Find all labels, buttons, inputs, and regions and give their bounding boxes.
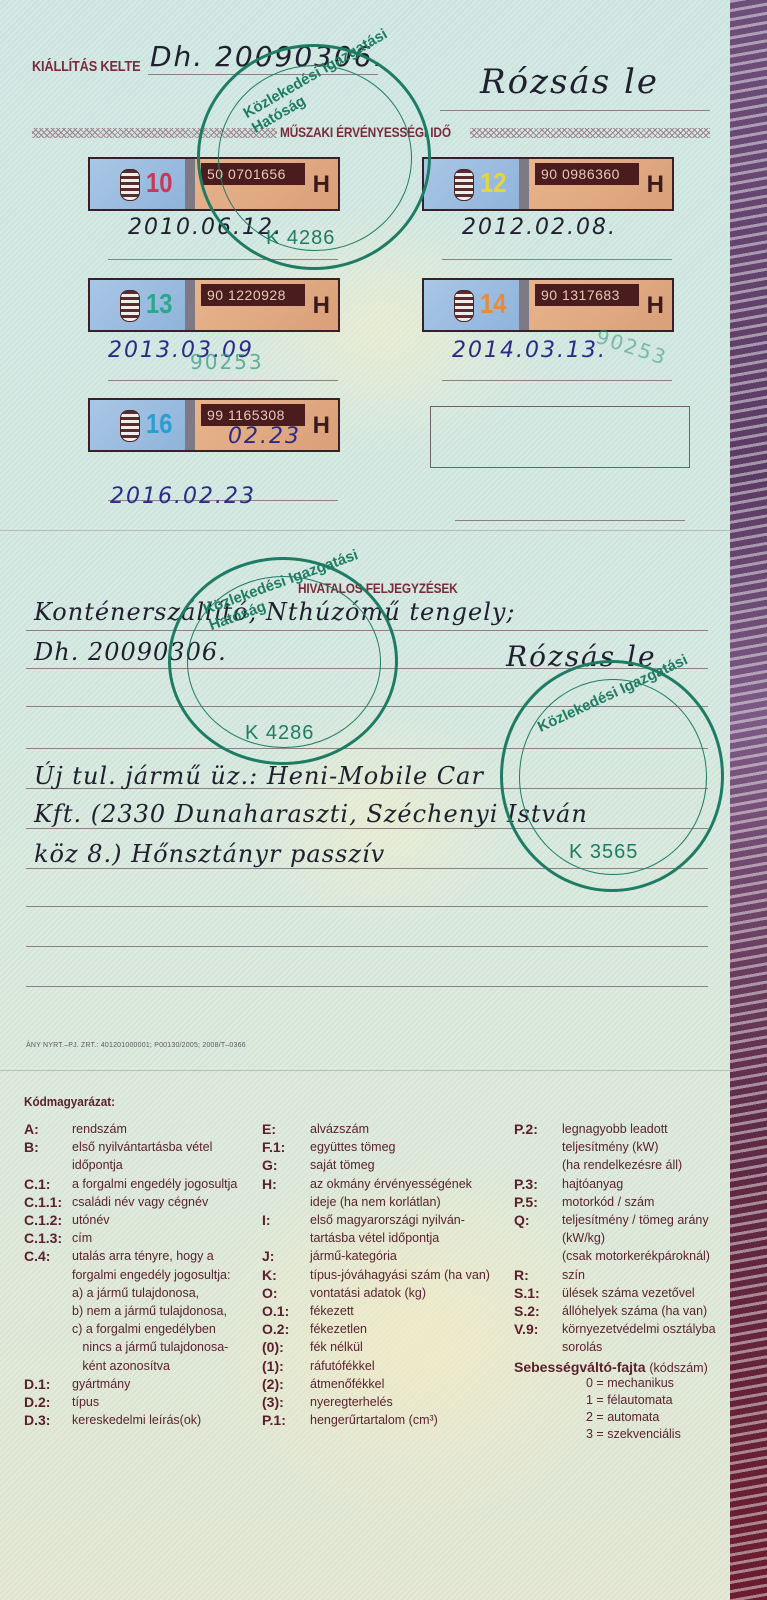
legend-code: P.5:: [514, 1193, 562, 1211]
page-fold-2: [0, 1070, 730, 1071]
legend-row: (ha rendelkezésre áll): [514, 1156, 729, 1174]
empty-sticker-slot: [430, 406, 690, 468]
legend-code: I:: [262, 1211, 310, 1229]
legend-row: teljesítmény (kW): [514, 1138, 729, 1156]
handwritten-validity-date: 2014.03.13.: [452, 338, 607, 363]
legend-row: O: vontatási adatok (kg): [262, 1284, 512, 1302]
issue-date-label: KIÁLLÍTÁS KELTE: [32, 58, 140, 75]
date-line: [108, 380, 338, 381]
legend-code: D.2:: [24, 1393, 72, 1411]
faint-stamp-number: 90253: [190, 350, 264, 374]
legend-code: C.1.2:: [24, 1211, 72, 1229]
legend-description: ráfutófékkel: [310, 1357, 375, 1375]
legend-code: H:: [262, 1175, 310, 1193]
legend-description: együttes tömeg: [310, 1138, 395, 1156]
legend-description: ülések száma vezetővel: [562, 1284, 695, 1302]
sticker-year: 10: [146, 167, 172, 199]
legend-description: cím: [72, 1229, 92, 1247]
handwritten-validity-date: 2016.02.23: [110, 484, 256, 509]
legend-description: c) a forgalmi engedélyben: [72, 1320, 216, 1338]
legend-description: legnagyobb leadott: [562, 1120, 668, 1138]
legend-description: vontatási adatok (kg): [310, 1284, 426, 1302]
legend-description: a forgalmi engedély jogosultja: [72, 1175, 237, 1193]
legend-row: D.3: kereskedelmi leírás(ok): [24, 1411, 264, 1429]
legend-description: teljesítmény / tömeg arány: [562, 1211, 709, 1229]
legend-row: K: típus-jóváhagyási szám (ha van): [262, 1266, 512, 1284]
legend-row: (csak motorkerékpároknál): [514, 1247, 729, 1265]
decorative-hatch-right: [470, 128, 710, 138]
legend-code: O.2:: [262, 1320, 310, 1338]
legend-code: [24, 1357, 72, 1375]
legend-description: gyártmány: [72, 1375, 130, 1393]
legend-code: [262, 1229, 310, 1247]
legend-code: E:: [262, 1120, 310, 1138]
legend-code: [24, 1284, 72, 1302]
legend-code: C.1:: [24, 1175, 72, 1193]
legend-description: tartásba vétel időpontja: [310, 1229, 439, 1247]
legend-code: B:: [24, 1138, 72, 1156]
sticker-serial: 90 1317683: [535, 284, 639, 306]
legend-description: b) nem a jármű tulajdonosa,: [72, 1302, 227, 1320]
date-line: [442, 380, 672, 381]
legend-code: C.4:: [24, 1247, 72, 1265]
legend-row: időpontja: [24, 1156, 264, 1174]
legend-code: P.3:: [514, 1175, 562, 1193]
legend-row: b) nem a jármű tulajdonosa,: [24, 1302, 264, 1320]
sticker-mark: H: [313, 292, 330, 320]
gearbox-code: 0 = mechanikus: [514, 1375, 729, 1392]
gearbox-code: 2 = automata: [514, 1409, 729, 1426]
legend-description: ként azonosítva: [72, 1357, 170, 1375]
legend-code: [24, 1320, 72, 1338]
legend-row: C.1.1: családi név vagy cégnév: [24, 1193, 264, 1211]
legend-code: [514, 1229, 562, 1247]
signature-top: Rózsás le: [480, 62, 659, 102]
legend-description: (kW/kg): [562, 1229, 605, 1247]
legend-row: (3): nyeregterhelés: [262, 1393, 512, 1411]
gearbox-code: 3 = szekvenciális: [514, 1426, 729, 1443]
legend-row: S.2: állóhelyek száma (ha van): [514, 1302, 729, 1320]
legend-row: C.1.2: utónév: [24, 1211, 264, 1229]
legend-row: P.1: hengerűrtartalom (cm³): [262, 1411, 512, 1429]
legend-row: C.1: a forgalmi engedély jogosultja: [24, 1175, 264, 1193]
legend-description: nincs a jármű tulajdonosa-: [72, 1338, 228, 1356]
legend-row: Q: teljesítmény / tömeg arány: [514, 1211, 729, 1229]
legend-row: D.2: típus: [24, 1393, 264, 1411]
legend-title: Kódmagyarázat:: [24, 1094, 115, 1109]
legend-row: V.9: környezetvédelmi osztályba: [514, 1320, 729, 1338]
handwritten-note-line: Új tul. jármű üz.: Heni-Mobile Car: [34, 762, 484, 790]
sticker-year: 14: [480, 288, 506, 320]
legend-code: [262, 1193, 310, 1211]
handwritten-overwrite: 02.23: [228, 424, 301, 449]
hungarian-crest-icon: [120, 410, 140, 442]
empty-date-line: [455, 520, 685, 521]
sticker-mark: H: [313, 412, 330, 440]
printer-imprint: ÁNY NYRT.–PJ. ZRT.: 401201000001; P00130…: [26, 1042, 246, 1049]
notes-ruled-line: [26, 986, 708, 987]
legend-description: jármű-kategória: [310, 1247, 397, 1265]
legend-row: E: alvázszám: [262, 1120, 512, 1138]
notes-ruled-line: [26, 906, 708, 907]
legend-description: állóhelyek száma (ha van): [562, 1302, 707, 1320]
sticker-mark: H: [647, 171, 664, 199]
legend-description: nyeregterhelés: [310, 1393, 393, 1411]
gearbox-title: Sebességváltó-fajta (kódszám): [514, 1359, 729, 1375]
legend-row: G: saját tömeg: [262, 1156, 512, 1174]
sticker-serial: 99 1165308: [201, 404, 305, 426]
legend-description: (csak motorkerékpároknál): [562, 1247, 710, 1265]
legend-code: D.1:: [24, 1375, 72, 1393]
official-stamp-middle: Közlekedési Igazgatási Hatóság K 4286: [168, 557, 398, 765]
legend-description: első magyarországi nyilván-: [310, 1211, 465, 1229]
legend-code: P.2:: [514, 1120, 562, 1138]
legend-row: O.2: fékezetlen: [262, 1320, 512, 1338]
legend-code: O.1:: [262, 1302, 310, 1320]
legend-code: (3):: [262, 1393, 310, 1411]
legend-description: környezetvédelmi osztályba: [562, 1320, 716, 1338]
legend-description: teljesítmény (kW): [562, 1138, 659, 1156]
sticker-mark: H: [647, 292, 664, 320]
legend-code: C.1.3:: [24, 1229, 72, 1247]
legend-column-3: P.2: legnagyobb leadott teljesítmény (kW…: [514, 1120, 729, 1443]
legend-row: sorolás: [514, 1338, 729, 1356]
legend-row: (2): átmenőfékkel: [262, 1375, 512, 1393]
inspection-sticker-16: 16 99 1165308 H: [88, 398, 340, 452]
legend-description: sorolás: [562, 1338, 602, 1356]
official-stamp-right: Közlekedési Igazgatási K 3565: [500, 660, 724, 892]
legend-row: I: első magyarországi nyilván-: [262, 1211, 512, 1229]
legend-description: az okmány érvényességének: [310, 1175, 472, 1193]
legend-code: G:: [262, 1156, 310, 1174]
legend-row: D.1: gyártmány: [24, 1375, 264, 1393]
legend-code: [24, 1266, 72, 1284]
legend-row: C.4: utalás arra tényre, hogy a: [24, 1247, 264, 1265]
legend-description: családi név vagy cégnév: [72, 1193, 208, 1211]
legend-code: S.1:: [514, 1284, 562, 1302]
legend-description: (ha rendelkezésre áll): [562, 1156, 682, 1174]
legend-row: J: jármű-kategória: [262, 1247, 512, 1265]
legend-row: ideje (ha nem korlátlan): [262, 1193, 512, 1211]
inspection-sticker-12: 12 90 0986360 H: [422, 157, 674, 211]
legend-code: R:: [514, 1266, 562, 1284]
legend-description: kereskedelmi leírás(ok): [72, 1411, 201, 1429]
signature-line: [440, 110, 710, 111]
hungarian-crest-icon: [454, 169, 474, 201]
legend-description: fék nélkül: [310, 1338, 363, 1356]
legend-code: Q:: [514, 1211, 562, 1229]
legend-row: H: az okmány érvényességének: [262, 1175, 512, 1193]
legend-description: típus-jóváhagyási szám (ha van): [310, 1266, 490, 1284]
legend-description: rendszám: [72, 1120, 127, 1138]
legend-code: A:: [24, 1120, 72, 1138]
legend-row: S.1: ülések száma vezetővel: [514, 1284, 729, 1302]
legend-row: F.1: együttes tömeg: [262, 1138, 512, 1156]
legend-description: hengerűrtartalom (cm³): [310, 1411, 438, 1429]
legend-column-2: E: alvázszámF.1: együttes tömegG: saját …: [262, 1120, 512, 1429]
legend-description: szín: [562, 1266, 585, 1284]
hungarian-crest-icon: [120, 169, 140, 201]
legend-code: (1):: [262, 1357, 310, 1375]
legend-description: első nyilvántartásba vétel: [72, 1138, 212, 1156]
sticker-year: 13: [146, 288, 172, 320]
legend-row: (1): ráfutófékkel: [262, 1357, 512, 1375]
sticker-serial: 90 1220928: [201, 284, 305, 306]
legend-code: [514, 1138, 562, 1156]
legend-code: [24, 1156, 72, 1174]
legend-description: típus: [72, 1393, 99, 1411]
legend-row: A: rendszám: [24, 1120, 264, 1138]
legend-description: fékezett: [310, 1302, 354, 1320]
legend-code: (0):: [262, 1338, 310, 1356]
legend-code: J:: [262, 1247, 310, 1265]
legend-code: F.1:: [262, 1138, 310, 1156]
legend-code: [24, 1338, 72, 1356]
legend-row: tartásba vétel időpontja: [262, 1229, 512, 1247]
legend-row: forgalmi engedély jogosultja:: [24, 1266, 264, 1284]
legend-row: P.2: legnagyobb leadott: [514, 1120, 729, 1138]
legend-description: utónév: [72, 1211, 110, 1229]
sticker-year: 12: [480, 167, 506, 199]
legend-code: P.1:: [262, 1411, 310, 1429]
date-line: [442, 259, 672, 260]
legend-description: a) a jármű tulajdonosa,: [72, 1284, 199, 1302]
hungarian-crest-icon: [454, 290, 474, 322]
notes-ruled-line: [26, 946, 708, 947]
legend-code: [24, 1302, 72, 1320]
legend-row: (0): fék nélkül: [262, 1338, 512, 1356]
legend-description: időpontja: [72, 1156, 123, 1174]
legend-code: [514, 1156, 562, 1174]
hungarian-crest-icon: [120, 290, 140, 322]
legend-description: átmenőfékkel: [310, 1375, 384, 1393]
legend-description: ideje (ha nem korlátlan): [310, 1193, 441, 1211]
legend-row: c) a forgalmi engedélyben: [24, 1320, 264, 1338]
legend-row: C.1.3: cím: [24, 1229, 264, 1247]
adjacent-page-edge: [730, 0, 767, 1600]
legend-code: O:: [262, 1284, 310, 1302]
legend-code: C.1.1:: [24, 1193, 72, 1211]
legend-description: alvázszám: [310, 1120, 369, 1138]
sticker-serial: 90 0986360: [535, 163, 639, 185]
legend-row: B: első nyilvántartásba vétel: [24, 1138, 264, 1156]
legend-row: R: szín: [514, 1266, 729, 1284]
legend-row: a) a jármű tulajdonosa,: [24, 1284, 264, 1302]
gearbox-code: 1 = félautomata: [514, 1392, 729, 1409]
legend-row: P.5: motorkód / szám: [514, 1193, 729, 1211]
legend-code: S.2:: [514, 1302, 562, 1320]
legend-code: [514, 1247, 562, 1265]
inspection-sticker-14: 14 90 1317683 H: [422, 278, 674, 332]
legend-column-1: A: rendszámB: első nyilvántartásba vétel…: [24, 1120, 264, 1429]
legend-row: (kW/kg): [514, 1229, 729, 1247]
inspection-sticker-13: 13 90 1220928 H: [88, 278, 340, 332]
handwritten-validity-date: 2012.02.08.: [462, 215, 617, 240]
sticker-year: 16: [146, 408, 172, 440]
legend-description: utalás arra tényre, hogy a: [72, 1247, 214, 1265]
legend-description: forgalmi engedély jogosultja:: [72, 1266, 230, 1284]
page-fold: [0, 530, 730, 531]
legend-description: hajtóanyag: [562, 1175, 623, 1193]
legend-row: nincs a jármű tulajdonosa-: [24, 1338, 264, 1356]
legend-code: [514, 1338, 562, 1356]
official-stamp-top: Közlekedési Igazgatási Hatóság K 4286: [197, 44, 431, 270]
legend-code: V.9:: [514, 1320, 562, 1338]
legend-code: D.3:: [24, 1411, 72, 1429]
legend-code: (2):: [262, 1375, 310, 1393]
legend-row: O.1: fékezett: [262, 1302, 512, 1320]
legend-description: fékezetlen: [310, 1320, 367, 1338]
legend-description: motorkód / szám: [562, 1193, 654, 1211]
legend-row: P.3: hajtóanyag: [514, 1175, 729, 1193]
handwritten-note-line: köz 8.) Hőnsztányr passzív: [34, 840, 385, 868]
legend-code: K:: [262, 1266, 310, 1284]
legend-row: ként azonosítva: [24, 1357, 264, 1375]
legend-description: saját tömeg: [310, 1156, 375, 1174]
